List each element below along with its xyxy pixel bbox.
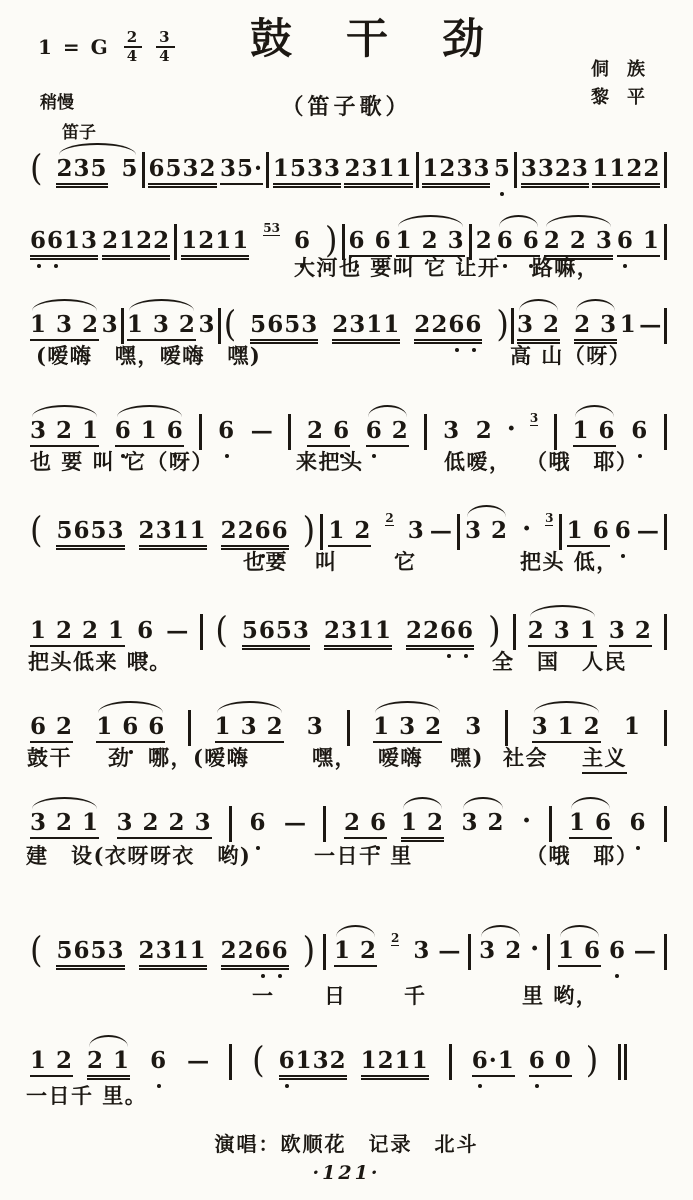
note-digit: 6 [593,518,610,544]
barline [142,152,145,188]
lyric-segment: 哪，(嗳嗨 [148,744,249,771]
note-group: 62 [30,714,73,743]
note-digit: 6 [218,418,235,444]
barline [416,152,419,188]
score-area: (2355653235·1533231112335332311226613212… [0,0,693,1200]
lyric-segment: 大河也 要叫 它 让开 路嘛， [294,254,599,281]
lyric-segment: 社会 [503,744,548,771]
note-group: 3223 [517,312,617,341]
barline [549,806,552,842]
note-digit: 2 [139,938,156,964]
barline [554,414,557,450]
barline [200,614,203,650]
note-digit: 5 [122,156,139,182]
note-digit: 1 [273,156,290,182]
note-digit: 3 [461,810,478,836]
parenthesis: ) [488,614,500,647]
note-digit: 1 [64,228,81,254]
note-digit: 2 [139,518,156,544]
note-digit: 2 [200,156,217,182]
note-group: 321 [30,418,99,447]
note-digit: 1 [113,1048,130,1074]
lyric-segment: 也要 [243,548,288,575]
barline [347,710,350,746]
dash-held-note: — [187,1048,209,1074]
note-group: 6 [137,618,154,644]
note-digit: 1 [181,228,198,254]
note-digit: 1 [358,618,375,644]
note-group: (565323112266) [215,618,500,647]
note-digit: 3 [572,156,589,182]
grace-note: 53 [263,222,280,236]
augmentation-dot: · [522,810,531,832]
sheet-music-page: 1 = G 2 4 3 4 鼓 干 劲 稍慢 （笛子歌） 侗 族 黎 平 笛子 … [0,0,693,1200]
lyric-segment: 来把头 [296,448,364,475]
augmentation-dot: · [507,418,516,440]
note-digit: 3 [465,518,482,544]
note-digit: 3 [108,518,125,544]
lyric-segment: 也 要 叫 它（呀） [30,448,214,475]
note-group: 132 [373,714,442,743]
note-digit: 6 [272,938,289,964]
note-digit: 1 [173,518,190,544]
note-digit: · [489,1048,498,1074]
note-digit: 2 [324,618,341,644]
barline [449,1044,452,1080]
note-group: (565323112266) [30,938,315,967]
note-digit: 6 [440,618,457,644]
note-digit: 2 [392,418,409,444]
note-digit: 3 [220,156,237,182]
note-digit: 6 [272,518,289,544]
note-group: 23 [574,312,617,341]
note-digit: 2 [136,228,153,254]
performer-credits: 演唱：欧顺花 记录 北斗 [0,1128,693,1157]
barline [218,308,221,344]
barline [664,308,667,344]
lyric-segment: 高 山（呀） [510,342,631,369]
note-digit: 6 [333,418,350,444]
note-digit: 2 [643,156,660,182]
note-digit: 3 [341,618,358,644]
lyric-segment: （哦 耶） [526,842,639,869]
note-digit: 2 [143,810,160,836]
note-digit: 3 [554,618,571,644]
barline [664,414,667,450]
lyric-segment: 低嗳， [444,448,512,475]
parenthesis: ) [303,514,315,547]
lyric-segment: 主义 [582,744,627,774]
barline [664,934,667,970]
note-group: 3 [307,714,324,740]
note-group: 2311 [344,156,412,185]
dash-held-note: — [639,312,661,338]
music-line-1: (2355653235·153323111233533231122 [30,140,667,210]
note-digit: 3 [600,312,617,338]
lyric-segment: 一 [252,982,275,1009]
note-digit: 2 [378,1048,395,1074]
note-digit: 1 [82,418,99,444]
barline [229,1044,232,1080]
note-digit: 3 [448,228,465,254]
barline [664,710,667,746]
note-digit: 6 [465,312,482,338]
note-digit: 5 [56,518,73,544]
note-group: 1223 [334,938,430,967]
note-group: 12 [328,518,371,547]
note-digit: 2 [406,618,423,644]
dash-held-note: — [251,418,273,444]
lyric-segment: 嘿) [450,744,484,771]
note-digit: 5 [56,938,73,964]
note-digit: 2 [491,518,508,544]
note-group: 1122 [592,156,660,185]
note-digit: 3 [241,714,258,740]
note-digit: 6 [148,714,165,740]
note-group: 32 [517,312,560,341]
note-group: 2311 [139,938,207,967]
note-digit: 1 [30,618,47,644]
note-digit: 6 [167,418,184,444]
note-digit: 3 [609,618,626,644]
note-group: 231 [528,618,597,647]
note-digit: 1 [296,1048,313,1074]
note-digit: 2 [307,418,324,444]
parenthesis: ) [496,308,508,341]
note-digit: 6 [448,312,465,338]
note-digit: 2 [238,938,255,964]
lyric-segment: 嘿， [312,744,357,771]
lyrics-line-9: 一日千里 哟， [0,982,693,1012]
note-digit: 2 [427,810,444,836]
note-digit: 6 [255,938,272,964]
note-digit: 2 [423,618,440,644]
note-digit: 2 [267,714,284,740]
note-digit: 2 [584,714,601,740]
note-digit: 5 [290,156,307,182]
lyrics-line-6: 把头低来 喂。全 国 人民 [0,648,693,678]
barline [559,514,562,550]
note-group: 2·3 [476,418,538,444]
note-digit: 6 [267,312,284,338]
note-digit: 6 [255,518,272,544]
note-group: 132 [127,312,196,341]
dash-held-note: — [637,518,659,544]
note-digit: 6 [615,518,632,544]
note-digit: 3 [413,938,430,964]
barline [664,614,667,650]
note-group: 235 [56,156,107,185]
note-group: 6 [609,938,626,964]
note-group: 26 [344,810,387,839]
note-digit: 3 [324,156,341,182]
note-digit: 2 [56,714,73,740]
note-group: 66 [497,228,540,257]
note-digit: 3 [538,156,555,182]
note-digit: 1 [643,228,660,254]
note-group: 32 [461,810,504,836]
note-group: 60 [529,1048,572,1077]
note-group: 6 [150,1048,167,1074]
note-digit: 1 [30,1048,47,1074]
note-digit: 3 [596,228,613,254]
note-digit: 1 [580,618,597,644]
note-group: 166 [96,714,165,743]
note-digit: 5 [91,156,108,182]
note-digit: 6 [457,618,474,644]
parenthesis: ( [252,1044,264,1077]
note-digit: 1 [396,228,413,254]
note-group: 3223 [117,810,212,839]
note-digit: 2 [505,938,522,964]
note-group: 1211536) [181,228,337,257]
note-group: 16 [573,418,616,447]
note-group: 61 [617,228,660,257]
note-digit: 5 [165,156,182,182]
note-digit: 1 [30,312,47,338]
note-digit: 1 [328,518,345,544]
note-group: (565323112266) [30,518,315,547]
note-digit: 6 [523,228,540,254]
note-group: (61321211 [252,1048,429,1077]
note-digit: 6 [30,228,47,254]
barline [229,806,232,842]
note-digit: 6 [609,938,626,964]
note-digit: 1 [96,714,113,740]
note-digit: 3 [182,156,199,182]
note-group: 5653 [56,938,124,967]
note-digit: 2 [56,156,73,182]
barline [121,308,124,344]
note-digit: 6 [148,156,165,182]
lyric-segment: 把头 低， [520,548,619,575]
note-digit: 3 [117,810,134,836]
parenthesis: ) [586,1044,598,1077]
note-digit: 2 [528,618,545,644]
note-digit: 2 [626,156,643,182]
note-digit: 1 [366,312,383,338]
note-digit: 3 [517,312,534,338]
note-digit: 1 [127,312,144,338]
note-digit: 1 [141,418,158,444]
note-group: 6 [631,418,648,444]
note-group: 3 [413,938,430,964]
note-group: 3 [198,312,215,338]
note-digit: 1 [119,228,136,254]
note-group: 2 [476,418,493,444]
note-digit: 3 [156,518,173,544]
note-digit: 6 [259,618,276,644]
note-digit: 2 [221,518,238,544]
lyric-segment: 里 哟， [522,982,598,1009]
lyric-segment: 劲 [108,744,131,771]
note-digit: 1 [82,810,99,836]
note-group: 6 [250,810,267,836]
note-digit: 2 [238,518,255,544]
note-digit: 3 [313,1048,330,1074]
note-group: 16 [567,518,610,547]
note-group: 2266 [221,518,289,547]
note-digit: 6 [599,418,616,444]
note-group: 321 [30,810,99,839]
note-group: 3323 [521,156,589,185]
note-group: 1221 [30,618,125,647]
parenthesis: ( [30,934,42,967]
note-digit: 2 [332,312,349,338]
note-digit: 2 [56,418,73,444]
lyrics-line-2: 大河也 要叫 它 让开 路嘛， [0,254,693,284]
barline [547,934,550,970]
note-digit: 2 [439,156,456,182]
note-digit: 6 [74,518,91,544]
note-digit: 2 [555,156,572,182]
note-digit: 6 [349,228,366,254]
note-digit: 5 [276,618,293,644]
note-digit: 1 [609,156,626,182]
note-group: 3 [102,312,119,338]
note-digit: 1 [395,156,412,182]
note-group: 312 [532,714,601,743]
note-digit: 6 [529,1048,546,1074]
note-digit: 3 [465,714,482,740]
barline [188,710,191,746]
note-group: 6 [218,418,235,444]
note-group: 1211 [361,1048,429,1077]
note-digit: 1 [334,938,351,964]
note-digit: 3 [456,156,473,182]
barline [514,152,517,188]
note-digit: 2 [476,228,493,254]
note-group: 26 [307,418,350,447]
note-digit: 5 [284,312,301,338]
note-digit: 1 [567,518,584,544]
barline [320,514,323,550]
note-digit: 6 [74,938,91,964]
note-group: 32 [609,618,652,647]
note-digit: 6 [115,418,132,444]
note-digit: 5 [91,938,108,964]
note-digit: 5 [237,156,254,182]
note-group: 5 [494,156,511,182]
parenthesis: ( [30,514,42,547]
note-digit: 3 [102,312,119,338]
note-digit: 3 [30,418,47,444]
note-group: 3 [443,418,460,444]
note-group: 2 [476,228,493,254]
note-digit: 2 [56,810,73,836]
lyric-segment: 它 [394,548,417,575]
note-digit: 3 [81,228,98,254]
note-digit: 2 [425,714,442,740]
note-digit: 1 [412,1048,429,1074]
note-digit: 3 [153,312,170,338]
note-group: 12 [30,1048,73,1077]
note-digit: 2 [82,618,99,644]
note-digit: 2 [360,938,377,964]
note-digit: 1 [232,228,249,254]
dash-held-note: — [634,938,656,964]
note-digit: 2 [221,938,238,964]
note-digit: 3 [361,156,378,182]
note-group: 2266 [406,618,474,647]
note-digit: 6 [617,228,634,254]
grace-note: 2 [385,512,393,526]
note-digit: 6 [497,228,514,254]
note-group: 6·1 [472,1048,515,1077]
note-digit: 6 [47,228,64,254]
barline [457,514,460,550]
note-group: 32 [465,518,508,544]
parenthesis: ( [215,614,227,647]
note-digit: 2 [330,1048,347,1074]
lyric-segment: 一日千 里 [314,842,413,869]
note-digit: 2 [570,228,587,254]
note-digit: 2 [431,312,448,338]
note-group: 5653 [242,618,310,647]
lyric-segment: 嗳嗨 [378,744,423,771]
note-group: 32·3 [465,518,553,544]
barline [323,934,326,970]
note-digit: 3 [521,156,538,182]
lyrics-line-3: (嗳嗨 嘿，嗳嗨 嘿)高 山（呀） [0,342,693,372]
note-digit: 2 [476,418,493,444]
barline [468,934,471,970]
augmentation-dot: · [530,938,539,960]
lyric-segment: 千 [404,982,427,1009]
parenthesis: ( [224,308,236,341]
note-digit: 6 [122,714,139,740]
note-digit: 3 [399,714,416,740]
note-group: 2311 [324,618,392,647]
note-digit: 2 [354,518,371,544]
lyric-segment: 把头低来 喂。 [28,648,172,675]
note-digit: 1 [624,714,641,740]
note-group: 132 [30,312,99,341]
note-digit: 6 [366,418,383,444]
note-digit: 1 [215,228,232,254]
dash-held-note: — [166,618,188,644]
note-group: 3 [408,518,425,544]
lyric-segment: 全 国 人民 [492,648,627,675]
dash-held-note: — [430,518,452,544]
note-digit: 6 [137,618,154,644]
barline [424,414,427,450]
note-digit: 2 [87,1048,104,1074]
note-digit: 3 [156,938,173,964]
note-digit: 6 [584,938,601,964]
note-digit: 2 [422,228,439,254]
note-group: 1 [620,312,637,338]
note-digit: 6 [370,810,387,836]
grace-note: 2 [391,932,399,946]
note-group: 62 [366,418,409,447]
note-digit: 2 [56,1048,73,1074]
note-group: 5653 [56,518,124,547]
note-digit: 1 [620,312,637,338]
note-digit: 3 [56,312,73,338]
parenthesis: ) [325,224,337,257]
augmentation-dot: · [522,518,531,540]
note-digit: 1 [190,518,207,544]
note-digit: 1 [378,156,395,182]
note-group: 5 [122,156,139,182]
dash-held-note: — [438,938,460,964]
lyric-segment: 一日千 里。 [26,1082,147,1109]
note-digit: 2 [635,618,652,644]
note-digit: 3 [195,810,212,836]
note-digit: 3 [349,312,366,338]
grace-note: 3 [545,512,553,526]
